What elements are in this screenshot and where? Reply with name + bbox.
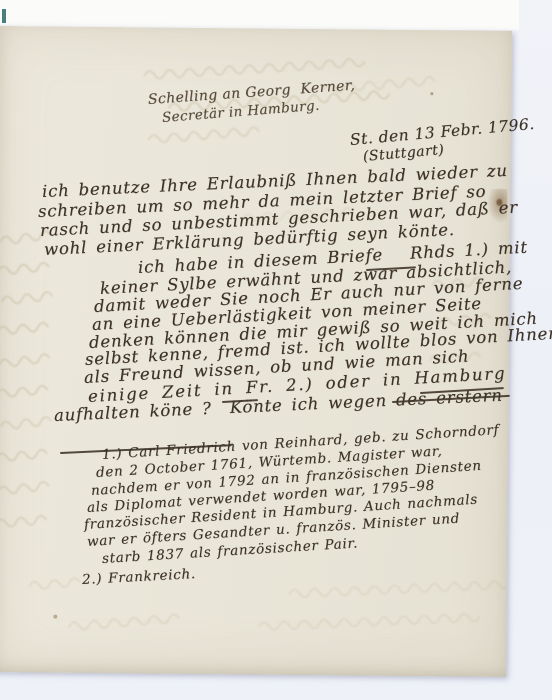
archive-tab-marker: [1, 9, 6, 23]
paper-speck: [430, 92, 433, 95]
manuscript-photo: Schelling an Georg Kerner, Secretär in H…: [0, 0, 552, 700]
photo-background-top: [0, 0, 519, 30]
paper-speck: [53, 615, 57, 619]
